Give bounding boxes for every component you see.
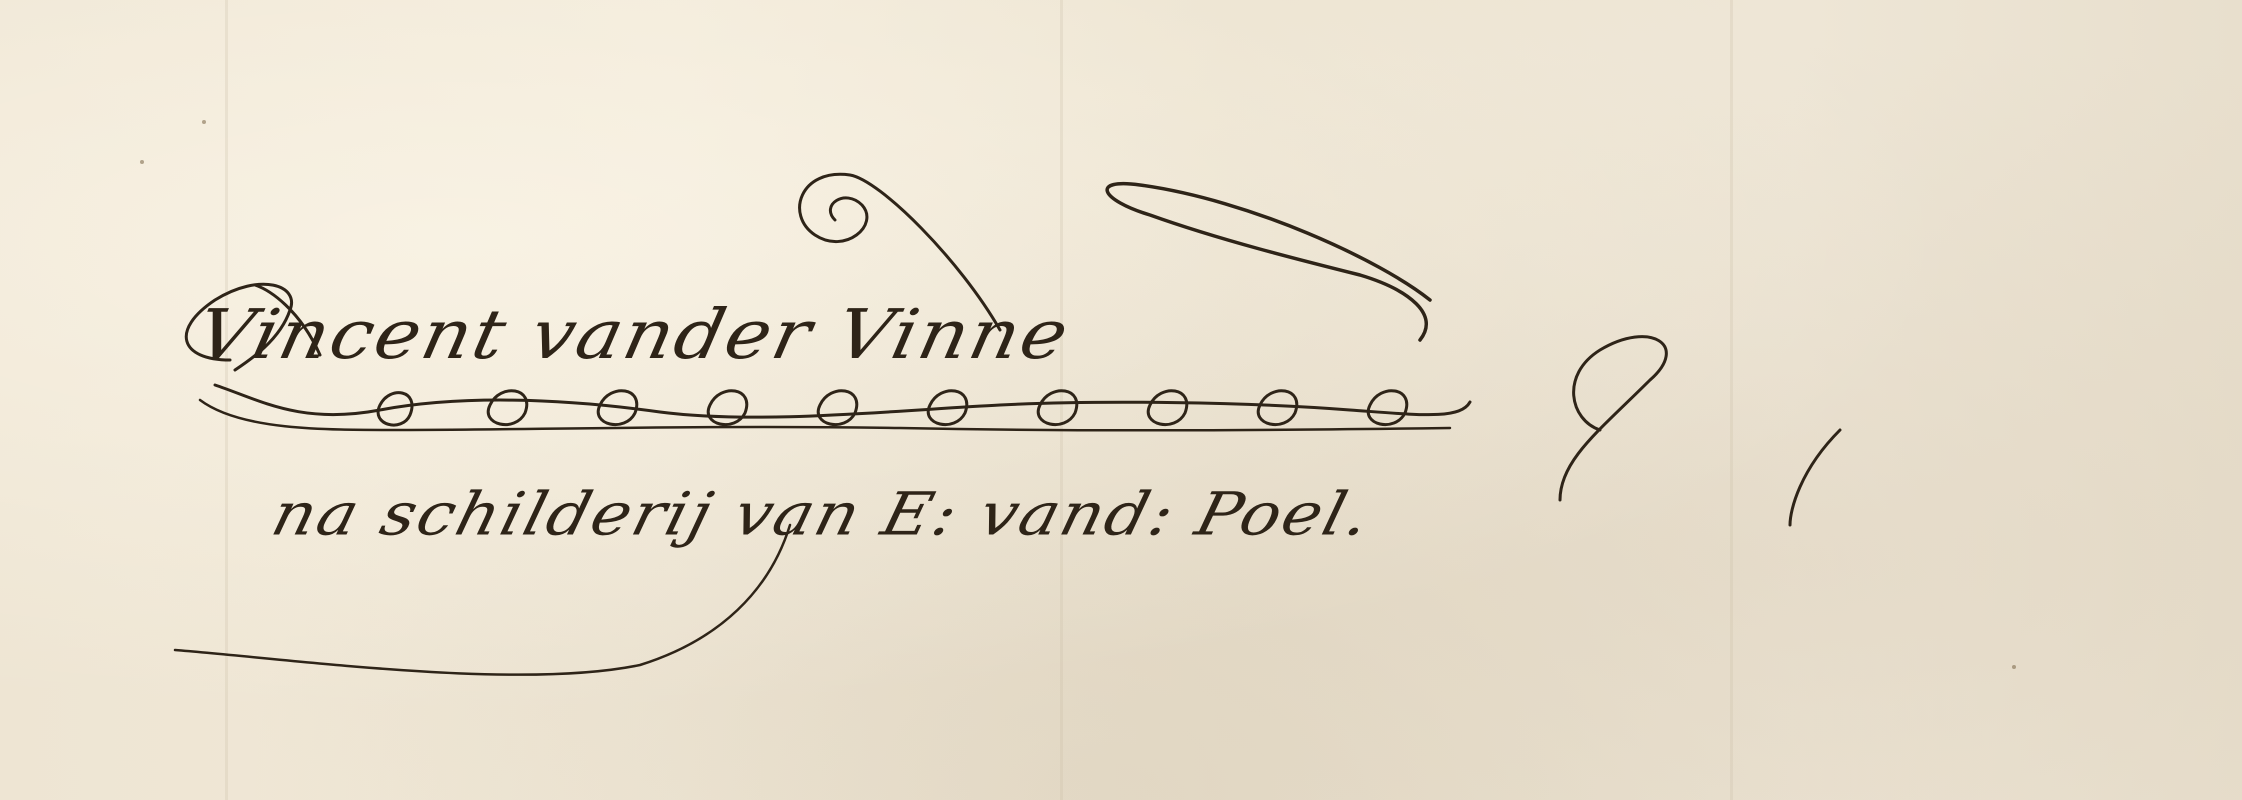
chain-loops <box>378 391 1407 425</box>
right-loop-flourish <box>1560 337 1666 500</box>
l-ascender <box>1790 430 1840 525</box>
pen-flourishes <box>0 0 2242 800</box>
loop-flourish <box>1107 184 1430 340</box>
attribution-line: na schilderij van E: vand: Poel. <box>265 480 1379 549</box>
signature-name: Vincent vander Vinne <box>190 294 1077 374</box>
